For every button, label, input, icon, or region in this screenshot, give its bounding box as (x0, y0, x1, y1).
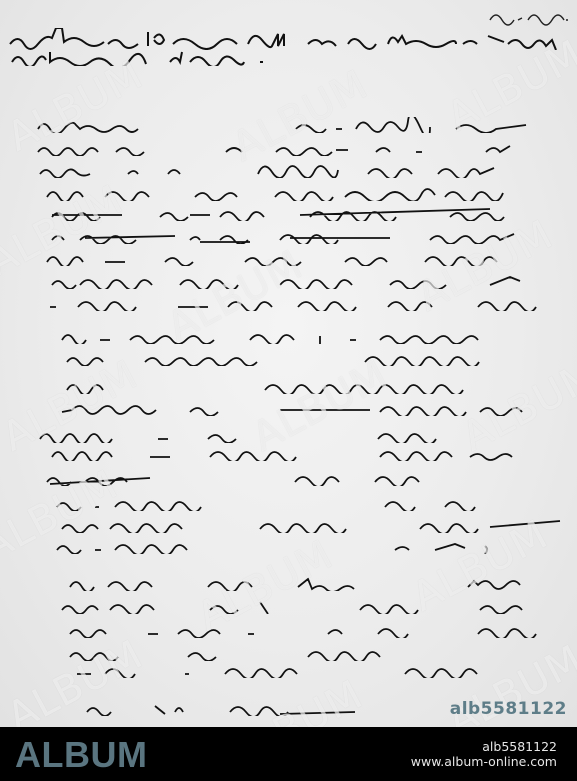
manuscript-line (68, 645, 388, 661)
manuscript-line (36, 117, 536, 133)
manuscript-line (75, 662, 485, 678)
manuscript-line (60, 517, 570, 533)
footer-info: alb5581122 www.album-online.com (411, 739, 557, 769)
manuscript-line (68, 622, 548, 638)
manuscript-line (38, 162, 538, 178)
manuscript-corner-note (488, 8, 570, 26)
manuscript-line (60, 328, 540, 344)
manuscript-line (65, 350, 510, 366)
manuscript-line (50, 228, 540, 244)
manuscript-page: ALBUM ALBUM ALBUM ALBUM ALBUM ALBUM ALBU… (0, 0, 577, 727)
footer-url: www.album-online.com (411, 754, 557, 769)
manuscript-line (38, 427, 518, 443)
manuscript-line (65, 378, 555, 394)
manuscript-header-line (10, 48, 280, 66)
manuscript-line (48, 295, 548, 311)
manuscript-line (45, 250, 535, 266)
manuscript-line (50, 273, 540, 289)
footer-asset-id: alb5581122 (411, 739, 557, 754)
manuscript-line (45, 470, 485, 486)
manuscript-line (60, 598, 550, 614)
asset-id-watermark: alb5581122 (450, 699, 567, 719)
manuscript-line (55, 538, 505, 554)
manuscript-line (85, 700, 365, 716)
manuscript-line (45, 185, 535, 201)
manuscript-line (50, 205, 535, 221)
manuscript-line (36, 140, 526, 156)
album-logo: ALBUM (15, 735, 147, 775)
footer-bar: ALBUM alb5581122 www.album-online.com (0, 727, 577, 781)
manuscript-header-line (8, 28, 573, 50)
manuscript-line (50, 445, 530, 461)
manuscript-line (68, 575, 548, 591)
manuscript-line (55, 495, 525, 511)
manuscript-line (60, 400, 550, 416)
